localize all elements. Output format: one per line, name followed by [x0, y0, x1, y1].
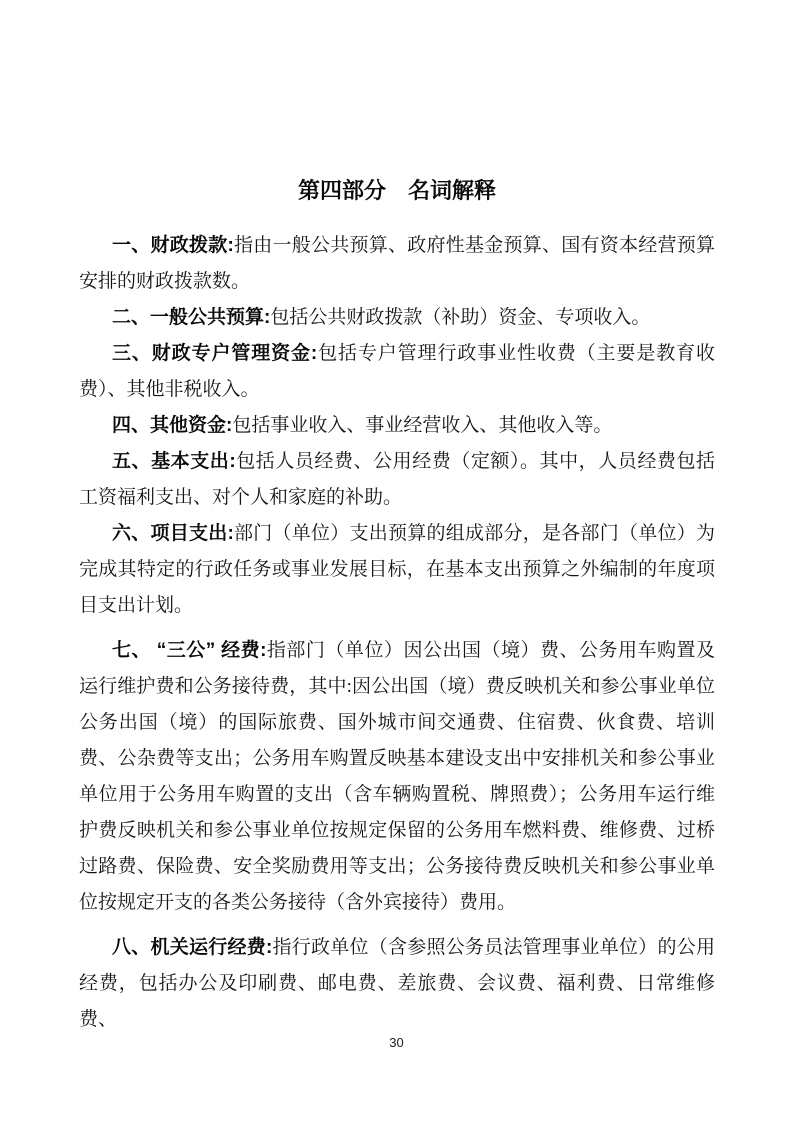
definition-paragraph: 二、一般公共预算:包括公共财政拨款（补助）资金、专项收入。: [79, 300, 715, 336]
definition-text: 指部门（单位）因公出国（境）费、公务用车购置及运行维护费和公务接待费，其中:因公…: [79, 640, 715, 913]
definition-paragraph: 一、财政拨款:指由一般公共预算、政府性基金预算、国有资本经营预算安排的财政拨款数…: [79, 228, 715, 300]
page-number: 30: [0, 1035, 793, 1050]
section-title: 第四部分 名词解释: [79, 0, 715, 228]
definition-term: 五、基本支出:: [112, 451, 236, 472]
definition-term: 三、财政专户管理资金:: [112, 343, 317, 364]
definitions-list: 一、财政拨款:指由一般公共预算、政府性基金预算、国有资本经营预算安排的财政拨款数…: [79, 228, 715, 1038]
definition-term: 八、机关运行经费:: [112, 937, 272, 958]
document-page: 第四部分 名词解释 一、财政拨款:指由一般公共预算、政府性基金预算、国有资本经营…: [0, 0, 793, 1122]
definition-term: 七、 “三公” 经费:: [112, 640, 266, 661]
definition-paragraph: 三、财政专户管理资金:包括专户管理行政事业性收费（主要是教育收费）、其他非税收入…: [79, 336, 715, 408]
definition-term: 一、财政拨款:: [112, 235, 234, 256]
definition-text: 包括事业收入、事业经营收入、其他收入等。: [232, 415, 612, 436]
definition-paragraph: 七、 “三公” 经费:指部门（单位）因公出国（境）费、公务用车购置及运行维护费和…: [79, 633, 715, 921]
definition-paragraph: 八、机关运行经费:指行政单位（含参照公务员法管理事业单位）的公用经费，包括办公及…: [79, 930, 715, 1038]
definition-paragraph: 五、基本支出:包括人员经费、公用经费（定额）。其中，人员经费包括工资福利支出、对…: [79, 444, 715, 516]
definition-text: 包括公共财政拨款（补助）资金、专项收入。: [270, 307, 650, 328]
definition-term: 六、项目支出:: [112, 523, 234, 544]
definition-paragraph: 四、其他资金:包括事业收入、事业经营收入、其他收入等。: [79, 408, 715, 444]
definition-term: 四、其他资金:: [112, 415, 232, 436]
definition-term: 二、一般公共预算:: [112, 307, 270, 328]
definition-paragraph: 六、项目支出:部门（单位）支出预算的组成部分，是各部门（单位）为完成其特定的行政…: [79, 516, 715, 624]
